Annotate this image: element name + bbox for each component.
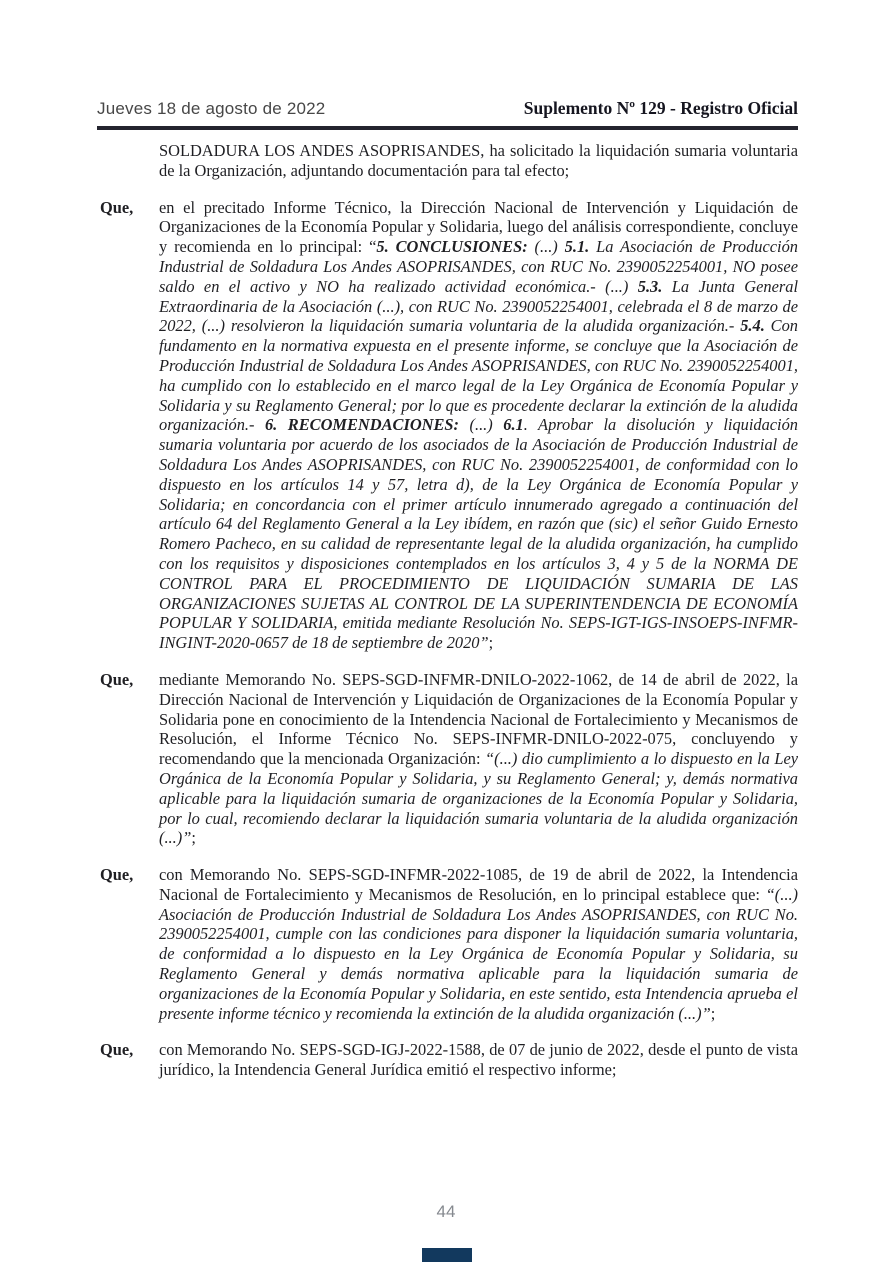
paragraph-text: con Memorando No. SEPS-SGD-INFMR-2022-10… <box>159 865 798 1023</box>
paragraph: SOLDADURA LOS ANDES ASOPRISANDES, ha sol… <box>97 141 798 181</box>
document-page: Jueves 18 de agosto de 2022 Suplemento N… <box>0 0 892 1262</box>
paragraph-text: mediante Memorando No. SEPS-SGD-INFMR-DN… <box>159 670 798 847</box>
header-edition: Suplemento Nº 129 - Registro Oficial <box>524 98 798 119</box>
footer-accent-mark <box>422 1248 472 1262</box>
paragraph: Que,con Memorando No. SEPS-SGD-IGJ-2022-… <box>97 1040 798 1080</box>
paragraph-text: SOLDADURA LOS ANDES ASOPRISANDES, ha sol… <box>159 141 798 180</box>
que-label: Que, <box>100 198 133 218</box>
que-label: Que, <box>100 865 133 885</box>
page-header: Jueves 18 de agosto de 2022 Suplemento N… <box>97 98 798 130</box>
que-label: Que, <box>100 670 133 690</box>
header-date: Jueves 18 de agosto de 2022 <box>97 99 325 119</box>
paragraph: Que,en el precitado Informe Técnico, la … <box>97 198 798 653</box>
paragraph: Que,mediante Memorando No. SEPS-SGD-INFM… <box>97 670 798 848</box>
paragraph-text: en el precitado Informe Técnico, la Dire… <box>159 198 798 653</box>
paragraph-text: con Memorando No. SEPS-SGD-IGJ-2022-1588… <box>159 1040 798 1079</box>
paragraph: Que,con Memorando No. SEPS-SGD-INFMR-202… <box>97 865 798 1023</box>
document-body: SOLDADURA LOS ANDES ASOPRISANDES, ha sol… <box>97 141 798 1080</box>
page-number: 44 <box>0 1202 892 1222</box>
que-label: Que, <box>100 1040 133 1060</box>
